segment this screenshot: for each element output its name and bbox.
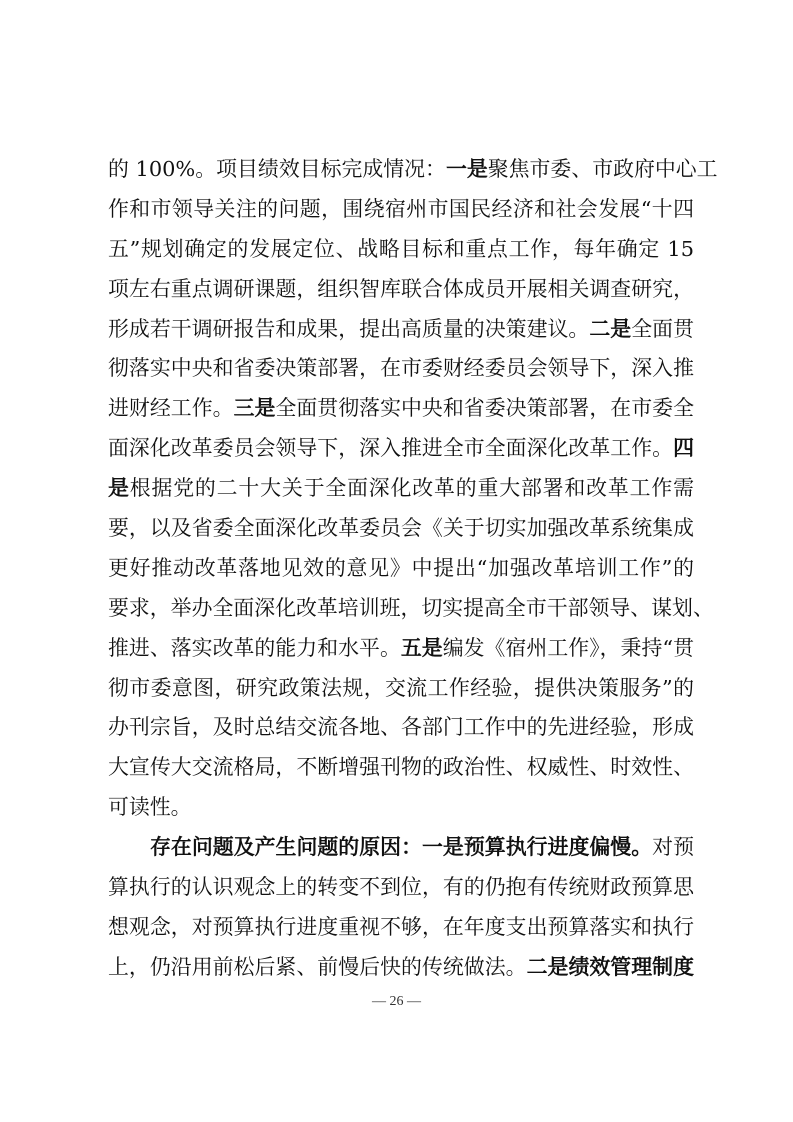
body-text: 可读性。: [108, 795, 192, 819]
text-line: 项左右重点调研课题，组织智库联合体成员开展相关调查研究，: [108, 270, 694, 310]
body-text: 五”规划确定的发展定位、战略目标和重点工作，每年确定 15: [108, 237, 694, 261]
bold-text: 二是: [589, 317, 631, 341]
body-text: 大宣传大交流格局，不断增强刊物的政治性、权威性、时效性、: [108, 755, 694, 779]
body-text: 推进、落实改革的能力和水平。: [108, 636, 401, 660]
body-text: 想观念，对预算执行进度重视不够，在年度支出预算落实和执行: [108, 915, 694, 939]
text-line: 面深化改革委员会领导下，深入推进全市全面深化改革工作。四: [108, 429, 694, 469]
body-text: 项左右重点调研课题，组织智库联合体成员开展相关调查研究，: [108, 277, 694, 301]
body-text: 根据党的二十大关于全面深化改革的重大部署和改革工作需: [130, 476, 694, 500]
bold-text: 一是: [446, 157, 488, 181]
body-text: 对预: [652, 835, 694, 859]
body-text: 全面贯: [631, 317, 694, 341]
text-line: 要，以及省委全面深化改革委员会《关于切实加强改革系统集成: [108, 509, 694, 549]
text-line: 形成若干调研报告和成果，提出高质量的决策建议。二是全面贯: [108, 310, 694, 350]
text-line: 彻市委意图，研究政策法规，交流工作经验，提供决策服务”的: [108, 669, 694, 709]
text-line: 办刊宗旨，及时总结交流各地、各部门工作中的先进经验，形成: [108, 708, 694, 748]
text-line: 上，仍沿用前松后紧、前慢后快的传统做法。二是绩效管理制度: [108, 948, 694, 988]
body-text: 进财经工作。: [108, 396, 234, 420]
body-text: 编发《宿州工作》，秉持“贯: [443, 636, 694, 660]
text-line: 的 100%。项目绩效目标完成情况：一是聚焦市委、市政府中心工: [108, 150, 694, 190]
body-text: 要，以及省委全面深化改革委员会《关于切实加强改革系统集成: [108, 516, 694, 540]
text-line: 更好推动改革落地见效的意见》中提出“加强改革培训工作”的: [108, 549, 694, 589]
body-text: 上，仍沿用前松后紧、前慢后快的传统做法。: [108, 955, 527, 979]
body-text: 全面贯彻落实中央和省委决策部署，在市委全: [275, 396, 694, 420]
body-text: 更好推动改革落地见效的意见》中提出“加强改革培训工作”的: [108, 556, 694, 580]
body-text: 面深化改革委员会领导下，深入推进全市全面深化改革工作。: [108, 436, 673, 460]
body-text: 算执行的认识观念上的转变不到位，有的仍抱有传统财政预算思: [108, 875, 694, 899]
bold-text: 二是绩效管理制度: [527, 955, 694, 979]
text-line: 可读性。: [108, 788, 694, 828]
text-line: 作和市领导关注的问题，围绕宿州市国民经济和社会发展“十四: [108, 190, 694, 230]
text-line: 想观念，对预算执行进度重视不够，在年度支出预算落实和执行: [108, 908, 694, 948]
body-text: 要求，举办全面深化改革培训班，切实提高全市干部领导、谋划、: [108, 596, 714, 620]
body-text: 的 100%。项目绩效目标完成情况：: [108, 157, 446, 181]
text-line: 大宣传大交流格局，不断增强刊物的政治性、权威性、时效性、: [108, 748, 694, 788]
text-line: 算执行的认识观念上的转变不到位，有的仍抱有传统财政预算思: [108, 868, 694, 908]
document-body: 的 100%。项目绩效目标完成情况：一是聚焦市委、市政府中心工作和市领导关注的问…: [108, 150, 694, 988]
body-text: 办刊宗旨，及时总结交流各地、各部门工作中的先进经验，形成: [108, 715, 694, 739]
paragraph: 的 100%。项目绩效目标完成情况：一是聚焦市委、市政府中心工作和市领导关注的问…: [108, 150, 694, 828]
body-text: 作和市领导关注的问题，围绕宿州市国民经济和社会发展“十四: [108, 197, 694, 221]
bold-text: 三是: [234, 396, 276, 420]
body-text: 形成若干调研报告和成果，提出高质量的决策建议。: [108, 317, 589, 341]
document-page: 的 100%。项目绩效目标完成情况：一是聚焦市委、市政府中心工作和市领导关注的问…: [0, 0, 793, 1122]
body-text: 彻市委意图，研究政策法规，交流工作经验，提供决策服务”的: [108, 676, 694, 700]
text-line: 彻落实中央和省委决策部署，在市委财经委员会领导下，深入推: [108, 349, 694, 389]
text-line: 进财经工作。三是全面贯彻落实中央和省委决策部署，在市委全: [108, 389, 694, 429]
bold-text: 存在问题及产生问题的原因：一是预算执行进度偏慢。: [150, 835, 652, 859]
body-text: 聚焦市委、市政府中心工: [488, 157, 718, 181]
text-line: 是根据党的二十大关于全面深化改革的重大部署和改革工作需: [108, 469, 694, 509]
text-line: 存在问题及产生问题的原因：一是预算执行进度偏慢。对预: [108, 828, 694, 868]
bold-text: 五是: [401, 636, 443, 660]
bold-text: 是: [108, 476, 130, 500]
text-line: 五”规划确定的发展定位、战略目标和重点工作，每年确定 15: [108, 230, 694, 270]
bold-text: 四: [673, 436, 694, 460]
paragraph: 存在问题及产生问题的原因：一是预算执行进度偏慢。对预算执行的认识观念上的转变不到…: [108, 828, 694, 988]
body-text: 彻落实中央和省委决策部署，在市委财经委员会领导下，深入推: [108, 356, 694, 380]
text-line: 要求，举办全面深化改革培训班，切实提高全市干部领导、谋划、: [108, 589, 694, 629]
page-number: — 26 —: [0, 994, 793, 1010]
text-line: 推进、落实改革的能力和水平。五是编发《宿州工作》，秉持“贯: [108, 629, 694, 669]
